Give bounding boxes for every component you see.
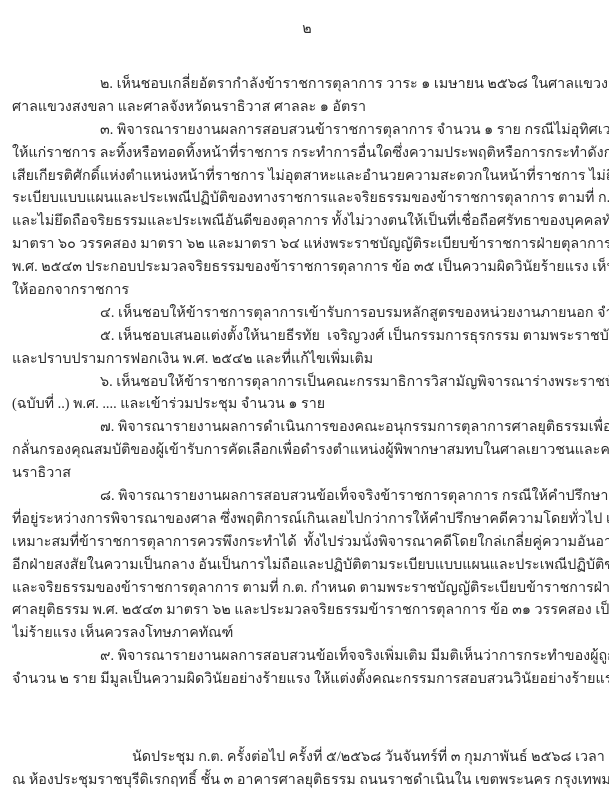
text-line: ศาลยุติธรรม พ.ศ. ๒๕๔๓ มาตรา ๖๒ และประมวล… (12, 599, 609, 622)
text-line: ๕. เห็นชอบเสนอแต่งตั้งให้นายธีรทัย เจริญ… (12, 325, 609, 348)
text-line: ๗. พิจารณารายงานผลการดำเนินการของคณะอนุก… (12, 416, 609, 439)
text-line: มาตรา ๖๐ วรรคสอง มาตรา ๖๒ และมาตรา ๖๔ แห… (12, 233, 609, 256)
text-line: และปราบปรามการฟอกเงิน พ.ศ. ๒๕๔๒ และที่แก… (12, 348, 609, 371)
document-body: ๒. เห็นชอบเกลี่ยอัตรากำลังข้าราชการตุลาก… (12, 73, 609, 792)
text-line: ๓. พิจารณารายงานผลการสอบสวนข้าราชการตุลา… (12, 119, 609, 142)
text-line: ๒. เห็นชอบเกลี่ยอัตรากำลังข้าราชการตุลาก… (12, 73, 609, 96)
text-line: ระเบียบแบบแผนและประเพณีปฏิบัติของทางราชก… (12, 187, 609, 210)
text-line: จำนวน ๒ ราย มีมูลเป็นความผิดวินัยอย่างร้… (12, 668, 609, 691)
text-line: ที่อยู่ระหว่างการพิจารณาของศาล ซึ่งพฤติก… (12, 508, 609, 531)
text-line: กลั่นกรองคุณสมบัติของผู้เข้ารับการคัดเลื… (12, 439, 609, 462)
text-line: เหมาะสมที่ข้าราชการตุลาการควรพึงกระทำได้… (12, 531, 609, 554)
text-line: นราธิวาส (12, 462, 609, 485)
text-line: ๔. เห็นชอบให้ข้าราชการตุลาการเข้ารับการอ… (12, 302, 609, 325)
text-line: เสียเกียรติศักดิ์แห่งตำแหน่งหน้าที่ราชกา… (12, 165, 609, 188)
document-page: ๒ ๒. เห็นชอบเกลี่ยอัตรากำลังข้าราชการตุล… (0, 0, 614, 809)
text-line: ให้ออกจากราชการ (12, 279, 609, 302)
text-line: ณ ห้องประชุมราชบุรีดิเรกฤทธิ์ ชั้น ๓ อาค… (12, 769, 609, 792)
text-line: นัดประชุม ก.ต. ครั้งต่อไป ครั้งที่ ๕/๒๕๖… (12, 746, 609, 769)
text-line: พ.ศ. ๒๕๔๓ ประกอบประมวลจริยธรรมของข้าราชก… (12, 256, 609, 279)
text-line: ๘. พิจารณารายงานผลการสอบสวนข้อเท็จจริงข้… (12, 485, 609, 508)
text-line: ศาลแขวงสงขลา และศาลจังหวัดนราธิวาส ศาลละ… (12, 96, 609, 119)
text-line: ไม่ร้ายแรง เห็นควรลงโทษภาคทัณฑ์ (12, 622, 609, 645)
text-line: และไม่ยึดถือจริยธรรมและประเพณีอันดีของตุ… (12, 210, 609, 233)
text-line: ๙. พิจารณารายงานผลการสอบสวนข้อเท็จจริงเพ… (12, 645, 609, 668)
text-line: ให้แก่ราชการ ละทิ้งหรือทอดทิ้งหน้าที่ราช… (12, 142, 609, 165)
text-line: ๖. เห็นชอบให้ข้าราชการตุลาการเป็นคณะกรรม… (12, 371, 609, 394)
text-line: และจริยธรรมของข้าราชการตุลาการ ตามที่ ก.… (12, 577, 609, 600)
text-line: (ฉบับที่ ..) พ.ศ. .... และเข้าร่วมประชุม… (12, 393, 609, 416)
next-meeting-notice: นัดประชุม ก.ต. ครั้งต่อไป ครั้งที่ ๕/๒๕๖… (12, 746, 609, 792)
text-line: อีกฝ่ายสงสัยในความเป็นกลาง อันเป็นการไม่… (12, 554, 609, 577)
page-number: ๒ (0, 20, 614, 38)
